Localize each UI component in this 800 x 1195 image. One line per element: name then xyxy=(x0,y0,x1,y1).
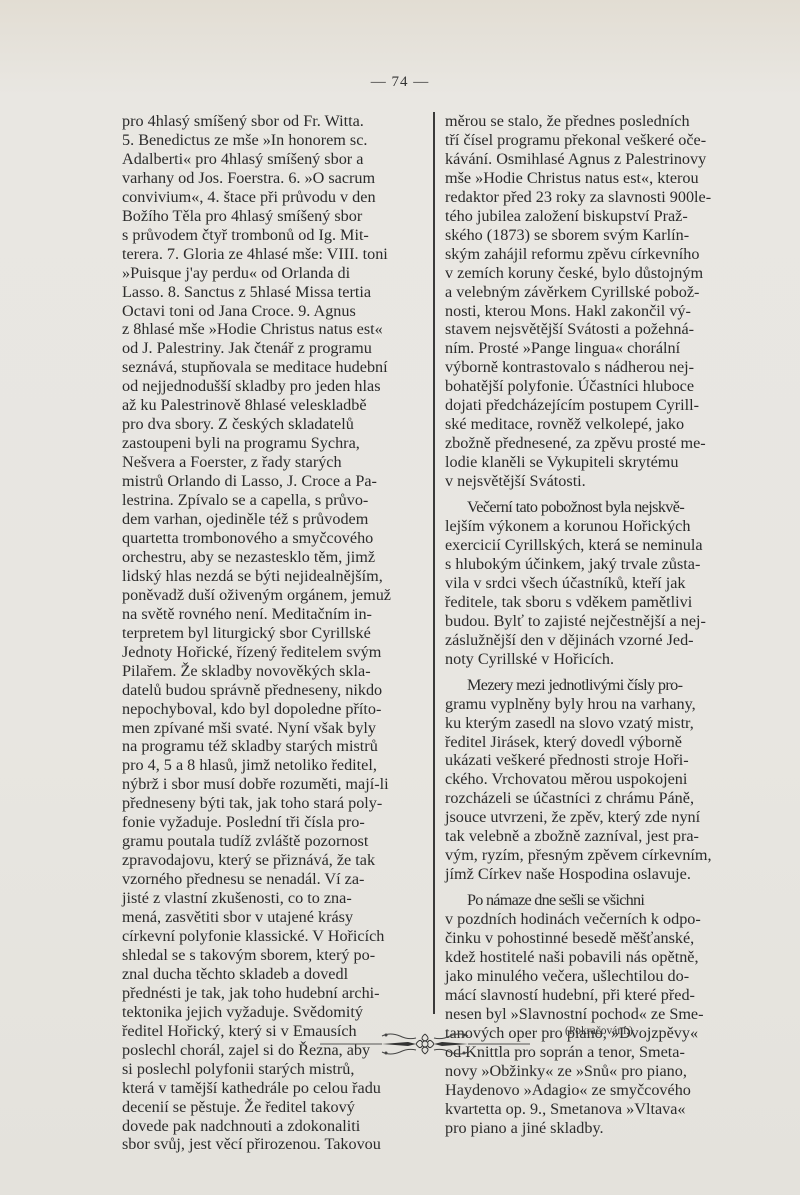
text-line: lidský hlas nezdá se býti nejidealnějším… xyxy=(122,567,422,586)
paragraph: měrou se stalo, že přednes posledníchtří… xyxy=(445,112,753,491)
paragraph-gap xyxy=(445,884,753,891)
page-number: — 74 — xyxy=(0,74,800,91)
text-line: dem varhan, ojediněle též s průvodem xyxy=(122,510,422,529)
text-line: sbor svůj, jest věcí přirozenou. Takovou xyxy=(122,1135,422,1154)
text-line: nesen byl »Slavnostní pochod« ze Sme- xyxy=(445,1005,753,1024)
text-line: a velebným závěrkem Cyrillské pobož- xyxy=(445,283,753,302)
text-line: zbožně přednesené, za zpěvu prosté me- xyxy=(445,434,753,453)
paragraph: Po námaze dne sešli se všichniv pozdních… xyxy=(445,891,753,1137)
text-line: v pozdních hodinách večerních k odpo- xyxy=(445,910,753,929)
text-line: stavem nejsvětější Svátosti a požehná- xyxy=(445,320,753,339)
text-line: Pilařem. Že skladby novověkých skla- xyxy=(122,662,422,681)
text-line: v nejsvětější Svátosti. xyxy=(445,472,753,491)
text-line: convivium«, 4. štace při průvodu v den xyxy=(122,188,422,207)
text-line: kávání. Osmihlasé Agnus z Palestrinovy xyxy=(445,150,753,169)
text-line: orchestru, aby se nezastesklo těm, jimž xyxy=(122,548,422,567)
paragraph: Večerní tato pobožnost byla nejskvě-lejš… xyxy=(445,498,753,669)
text-line: gramu poutala tudíž zvláště pozornost xyxy=(122,832,422,851)
text-line: noty Cyrillské v Hořicích. xyxy=(445,650,753,669)
text-line: pro dva sbory. Z českých skladatelů xyxy=(122,415,422,434)
text-line: shledal se s takovým sborem, který po- xyxy=(122,946,422,965)
text-line: lodie klaněli se Vykupiteli skrytému xyxy=(445,453,753,472)
text-line: varhany od Jos. Foerstra. 6. »O sacrum xyxy=(122,169,422,188)
text-line: dojati předcházejícím postupem Cyrill- xyxy=(445,396,753,415)
text-line: s hlubokým účinkem, jaký trvale zůsta- xyxy=(445,555,753,574)
text-line: Octavi toni od Jana Croce. 9. Agnus xyxy=(122,302,422,321)
paragraph-gap xyxy=(445,669,753,676)
text-line: seznává, stupňovala se meditace hudební xyxy=(122,358,422,377)
text-line: mistrů Orlando di Lasso, J. Croce a Pa- xyxy=(122,472,422,491)
text-line: fonie vyžaduje. Poslední tři čísla pro- xyxy=(122,813,422,832)
text-line: Haydenovo »Adagio« ze smyčcového xyxy=(445,1081,753,1100)
column-rule xyxy=(433,112,435,1014)
text-line: tého jubilea založení biskupství Praž- xyxy=(445,207,753,226)
text-line: ředitele, tak sboru s vděkem pamětlivi xyxy=(445,593,753,612)
text-line: na světě rovného není. Meditačním in- xyxy=(122,605,422,624)
text-line: pro 4hlasý smíšený sbor od Fr. Witta. xyxy=(122,112,422,131)
text-line: terera. 7. Gloria ze 4hlasé mše: VIII. t… xyxy=(122,245,422,264)
text-line: terpretem byl liturgický sbor Cyrillské xyxy=(122,624,422,643)
text-line: Jednoty Hořické, řízený ředitelem svým xyxy=(122,643,422,662)
text-line: Lasso. 8. Sanctus z 5hlasé Missa tertia xyxy=(122,283,422,302)
text-line: novy »Obžinky« ze »Snů« pro piano, xyxy=(445,1062,753,1081)
text-line: 5. Benedictus ze mše »In honorem sc. xyxy=(122,131,422,150)
text-line: lejším výkonem a korunou Hořických xyxy=(445,517,753,536)
text-line: vým, ryzím, přesným zpěvem církevním, xyxy=(445,846,753,865)
text-line: z 8hlasé mše »Hodie Christus natus est« xyxy=(122,320,422,339)
text-line: kvartetta op. 9., Smetanova »Vltava« xyxy=(445,1100,753,1119)
text-line: měrou se stalo, že přednes posledních xyxy=(445,112,753,131)
paragraph: Mezery mezi jednotlivými čísly pro-gramu… xyxy=(445,676,753,884)
text-line: Božího Těla pro 4hlasý smíšený sbor xyxy=(122,207,422,226)
text-line: redaktor před 23 roky za slavnosti 900le… xyxy=(445,188,753,207)
text-line: nosti, kterou Mons. Hakl zakončil vý- xyxy=(445,302,753,321)
left-column: pro 4hlasý smíšený sbor od Fr. Witta.5. … xyxy=(122,112,422,1154)
text-line: jako minulého večera, ušlechtilou do- xyxy=(445,967,753,986)
text-line: až ku Palestrinově 8hlasé veleskladbě xyxy=(122,396,422,415)
text-line: Adalberti« pro 4hlasý smíšený sbor a xyxy=(122,150,422,169)
text-line: Nešvera a Foerster, z řady starých xyxy=(122,453,422,472)
text-line: gramu vyplněny byly hrou na varhany, xyxy=(445,695,753,714)
text-line: quartetta trombonového a smyčcového xyxy=(122,529,422,548)
text-line: mše »Hodie Christus natus est«, kterou xyxy=(445,169,753,188)
text-line: decenií se pěstuje. Že ředitel takový xyxy=(122,1098,422,1117)
text-line: ředitel Jirásek, který dovedl výborně xyxy=(445,733,753,752)
text-line: výborně kontrastovalo s nádherou nej- xyxy=(445,358,753,377)
text-line: kdež hostitelé naši pobavili nás opětně, xyxy=(445,948,753,967)
text-line: ckého. Vrchovatou měrou uspokojeni xyxy=(445,770,753,789)
text-line: lestrina. Zpívalo se a capella, s průvo- xyxy=(122,491,422,510)
text-line: poněvadž duší oživeným orgánem, jemuž xyxy=(122,586,422,605)
text-line: Po námaze dne sešli se všichni xyxy=(445,891,753,910)
text-line: v zemích koruny české, bylo důstojným xyxy=(445,264,753,283)
text-line: od J. Palestriny. Jak čtenář z programu xyxy=(122,339,422,358)
text-line: dovede pak nadchnouti a zdokonaliti xyxy=(122,1117,422,1136)
text-line: ské meditace, rovněž velkolepé, jako xyxy=(445,415,753,434)
text-line: jímž Církev naše Hospodina oslavuje. xyxy=(445,865,753,884)
text-line: znal ducha těchto skladeb a dovedl xyxy=(122,965,422,984)
text-line: pro piano a jiné skladby. xyxy=(445,1119,753,1138)
text-line: mená, zasvětiti sbor v utajené krásy xyxy=(122,908,422,927)
text-line: pro 4, 5 a 8 hlasů, jimž netoliko ředite… xyxy=(122,756,422,775)
text-line: na programu též skladby starých mistrů xyxy=(122,737,422,756)
text-line: nýbrž i sbor musí dobře rozuměti, mají-l… xyxy=(122,775,422,794)
text-line: men zpívané mši svaté. Nyní však byly xyxy=(122,719,422,738)
right-column: měrou se stalo, že přednes posledníchtří… xyxy=(445,112,753,1138)
paragraph-gap xyxy=(445,491,753,498)
text-line: činku v pohostinné besedě měšťanské, xyxy=(445,929,753,948)
text-line: přednésti je tak, jak toho hudební archi… xyxy=(122,984,422,1003)
text-line: rozcházeli se účastníci z chrámu Páně, xyxy=(445,789,753,808)
text-line: církevní polyfonie klassické. V Hořicích xyxy=(122,927,422,946)
ornament-divider-icon xyxy=(320,1030,530,1058)
text-line: Večerní tato pobožnost byla nejskvě- xyxy=(445,498,753,517)
text-line: která v tamější kathedrále po celou řadu xyxy=(122,1079,422,1098)
text-line: předneseny býti tak, jak toho stará poly… xyxy=(122,794,422,813)
text-line: »Puisque j'ay perdu« od Orlanda di xyxy=(122,264,422,283)
text-line: jisté z vlastní zkušenosti, co to zna- xyxy=(122,889,422,908)
text-line: zastoupeni byli na programu Sychra, xyxy=(122,434,422,453)
text-line: ukázati veškeré přednosti stroje Hoři- xyxy=(445,751,753,770)
text-line: tektonika jejich vyžaduje. Svědomitý xyxy=(122,1003,422,1022)
text-line: tří čísel programu překonal veškeré oče- xyxy=(445,131,753,150)
text-line: ním. Prosté »Pange lingua« chorální xyxy=(445,339,753,358)
text-line: s průvodem čtyř trombonů od Ig. Mit- xyxy=(122,226,422,245)
text-line: vila v srdci všech účastníků, kteří jak xyxy=(445,574,753,593)
text-line: vzorného přednesu se nenadál. Ví za- xyxy=(122,870,422,889)
text-line: datelů budou správně předneseny, nikdo xyxy=(122,681,422,700)
text-line: nepochyboval, kdo byl dopoledne příto- xyxy=(122,700,422,719)
text-line: ku kterým zasedl na slovo vzatý mistr, xyxy=(445,714,753,733)
text-line: si poslechl polyfonii starých mistrů, xyxy=(122,1060,422,1079)
text-line: jsouce utvrzeni, že zpěv, který zde nyní xyxy=(445,808,753,827)
text-line: tak velebně a zbožně zazníval, jest pra- xyxy=(445,827,753,846)
text-line: exercicií Cyrillských, která se neminula xyxy=(445,536,753,555)
text-line: bohatější polyfonie. Účastníci hluboce xyxy=(445,377,753,396)
text-line: mácí slavností hudební, při které před- xyxy=(445,986,753,1005)
text-line: zpravodajovu, který se přiznává, že tak xyxy=(122,851,422,870)
text-line: od nejjednodušší skladby pro jeden hlas xyxy=(122,377,422,396)
text-line: ským zahájil reformu zpěvu církevního xyxy=(445,245,753,264)
text-line: záslužnější den v dějinách vzorné Jed- xyxy=(445,631,753,650)
text-line: Mezery mezi jednotlivými čísly pro- xyxy=(445,676,753,695)
text-line: ského (1873) se sborem svým Karlín- xyxy=(445,226,753,245)
text-line: budou. Bylť to zajisté nejčestnější a ne… xyxy=(445,612,753,631)
